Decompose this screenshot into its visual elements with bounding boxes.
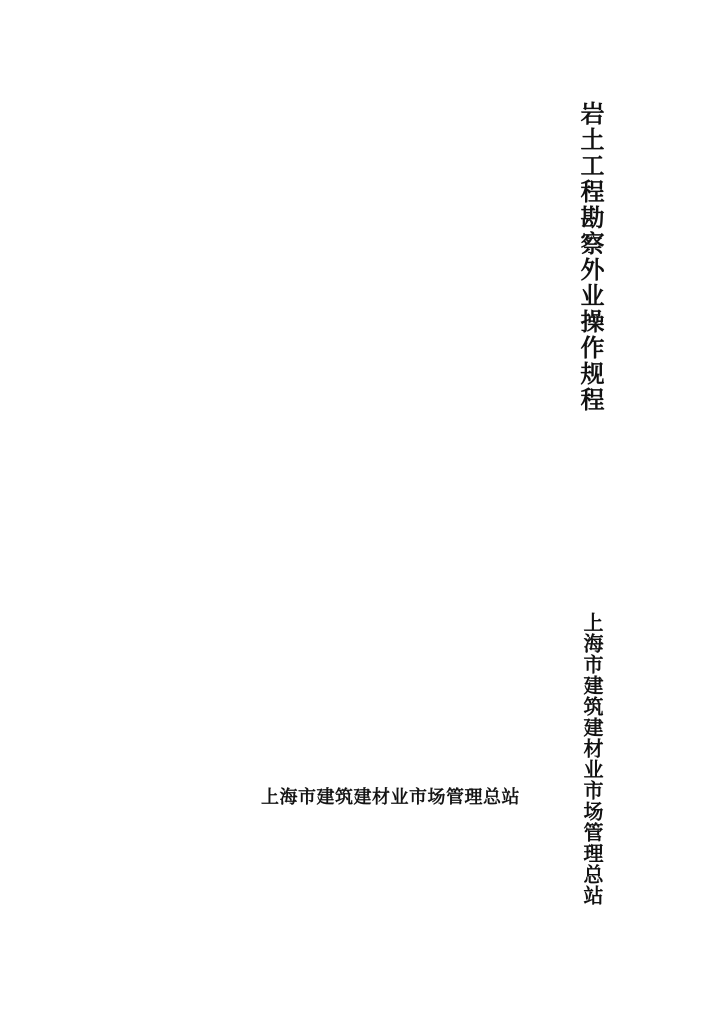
organization-name-horizontal: 上海市建筑建材业市场管理总站 [261, 786, 520, 808]
document-page: 岩土工程勘察外业操作规程 上海市建筑建材业市场管理总站 上海市建筑建材业市场管理… [0, 0, 706, 1024]
document-title-vertical: 岩土工程勘察外业操作规程 [575, 101, 603, 413]
organization-name-vertical: 上海市建筑建材业市场管理总站 [579, 612, 603, 906]
